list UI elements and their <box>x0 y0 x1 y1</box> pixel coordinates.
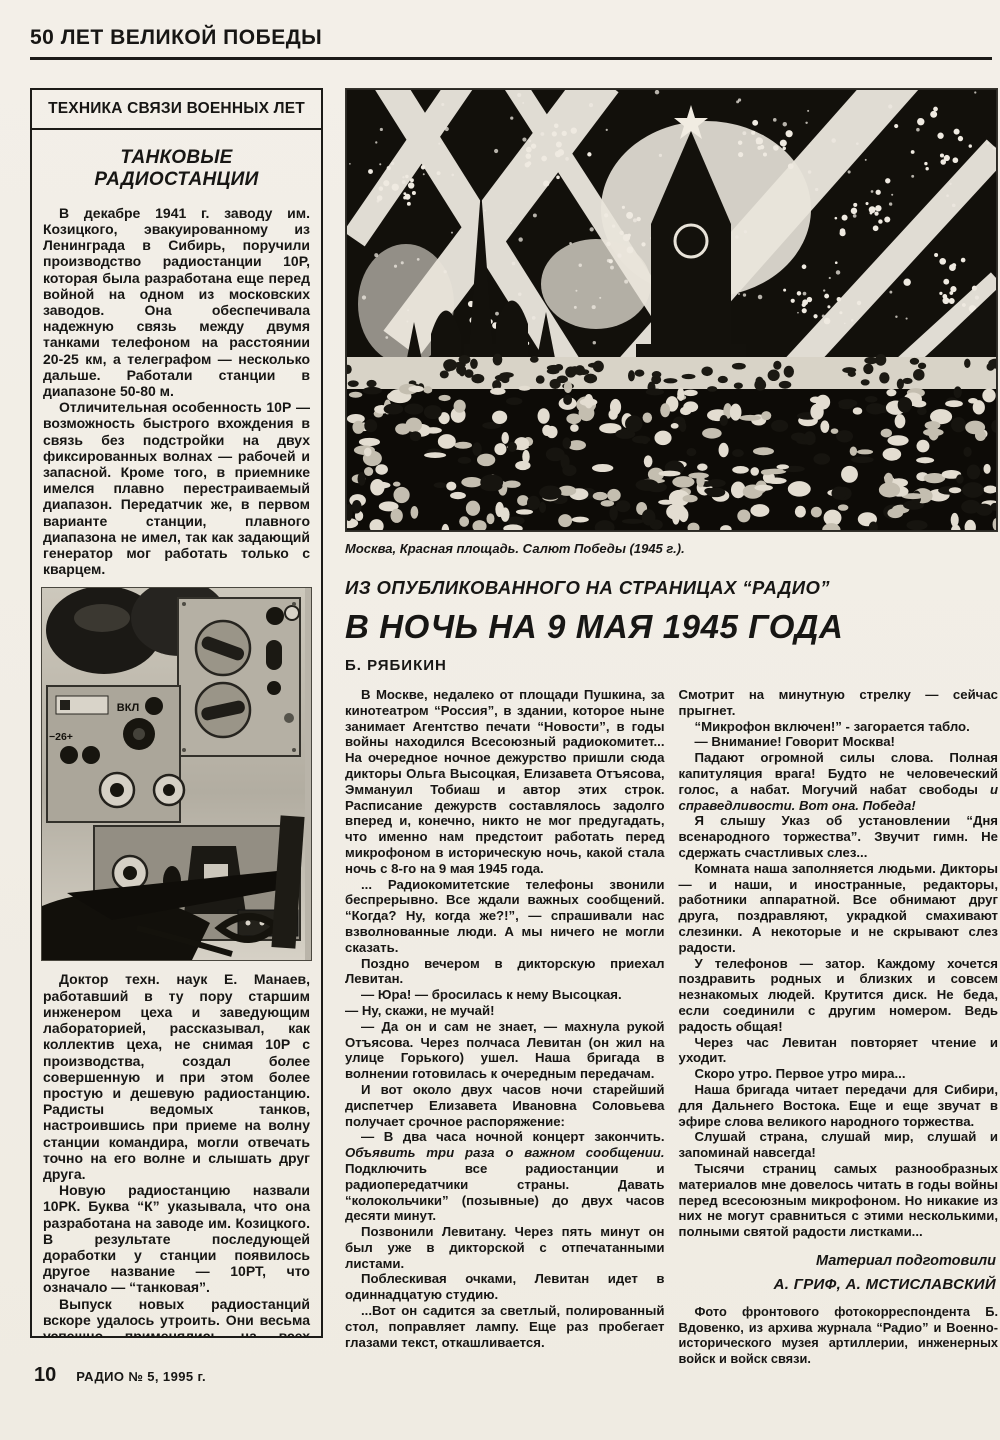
paragraph: Скоро утро. Первое утро мира... <box>679 1066 999 1082</box>
photo-caption: Москва, Красная площадь. Салют Победы (1… <box>345 541 998 556</box>
photo-credit: Фото фронтового фотокорреспондента Б. Вд… <box>679 1304 999 1365</box>
magazine-page: 50 ЛЕТ ВЕЛИКОЙ ПОБЕДЫ ТЕХНИКА СВЯЗИ ВОЕН… <box>0 0 1000 1440</box>
paragraph: У телефонов — затор. Каждому хочется поз… <box>679 956 999 1035</box>
sidebar-body: ТАНКОВЫЕ РАДИОСТАНЦИИ В декабре 1941 г. … <box>32 130 321 1338</box>
main-article: Москва, Красная площадь. Салют Победы (1… <box>345 88 998 1365</box>
paragraph: Наша бригада читает передачи для Сибири,… <box>679 1082 999 1129</box>
header-rule <box>30 57 992 60</box>
victory-salute-photo-svg <box>346 89 997 531</box>
article-kicker: ИЗ ОПУБЛИКОВАННОГО НА СТРАНИЦАХ “РАДИО” <box>345 577 998 599</box>
paragraph: Смотрит на минутную стрелку — сейчас пры… <box>679 687 999 719</box>
article-column-1: В Москве, недалеко от площади Пушкина, з… <box>345 687 665 1365</box>
issue-label: РАДИО № 5, 1995 г. <box>76 1369 206 1384</box>
paragraph: В Москве, недалеко от площади Пушкина, з… <box>345 687 665 877</box>
paragraph: И вот около двух часов ночи старейший ди… <box>345 1082 665 1129</box>
credits-names: А. ГРИФ, А. МСТИСЛАВСКИЙ <box>681 1277 997 1293</box>
paragraph: Поздно вечером в дикторскую приехал Леви… <box>345 956 665 988</box>
sidebar-title-line1: ТАНКОВЫЕ <box>120 147 232 168</box>
paragraph: — Да он и сам не знает, — махнула рукой … <box>345 1019 665 1082</box>
paragraph: Позвонили Левитану. Через пять минут он … <box>345 1224 665 1271</box>
credits-label: Материал подготовили <box>681 1254 997 1270</box>
victory-salute-photo <box>345 88 998 532</box>
paragraph: Поблескивая очками, Левитан идет в одинн… <box>345 1271 665 1303</box>
sidebar-kicker-box: ТЕХНИКА СВЯЗИ ВОЕННЫХ ЛЕТ <box>32 90 321 130</box>
page-number: 10 <box>34 1364 56 1387</box>
article-column-2: Смотрит на минутную стрелку — сейчас пры… <box>679 687 999 1365</box>
equip-label-power: −26+ <box>49 731 73 743</box>
sidebar-paragraph-1: В декабре 1941 г. заводу им. Козицкого, … <box>43 205 310 399</box>
paragraph: Я слышу Указ об установлении “Дня всенар… <box>679 813 999 860</box>
equip-label-vkl: ВКЛ <box>117 702 139 714</box>
transmitter-panel-shape: ВКЛ −26+ <box>47 686 184 822</box>
paragraph: — Юра! — бросилась к нему Высоцкая. <box>345 987 665 1003</box>
paragraph: Падают огромной силы слова. Полная капит… <box>679 750 999 813</box>
paragraph: — В два часа ночной концерт закончить. О… <box>345 1129 665 1224</box>
paragraph: ...Вот он садится за светлый, полированн… <box>345 1303 665 1350</box>
paragraph: — Ну, скажи, не мучай! <box>345 1003 665 1019</box>
sidebar-paragraph-3: Доктор техн. наук Е. Манаев, работавший … <box>43 971 310 1182</box>
paragraph: ... Радиокомитетские телефоны звонили бе… <box>345 877 665 956</box>
radio-equipment-photo: ВКЛ −26+ <box>41 587 312 961</box>
paragraph: Через час Левитан повторяет чтение и ухо… <box>679 1035 999 1067</box>
article-headline: В НОЧЬ НА 9 МАЯ 1945 ГОДА <box>345 608 998 646</box>
sidebar-title-line2: РАДИОСТАНЦИИ <box>94 169 258 190</box>
sidebar-paragraph-5: Выпуск новых радиостанций вскоре удалось… <box>43 1296 310 1338</box>
radio-equipment-photo-svg: ВКЛ −26+ <box>42 588 305 960</box>
paragraph: — Внимание! Говорит Москва! <box>679 734 999 750</box>
page-footer: 10 РАДИО № 5, 1995 г. <box>34 1364 206 1387</box>
receiver-panel-shape <box>178 598 300 756</box>
article-byline: Б. РЯБИКИН <box>345 657 998 674</box>
sidebar-title: ТАНКОВЫЕ РАДИОСТАНЦИИ <box>43 147 310 192</box>
paragraph: Тысячи страниц самых разнообразных матер… <box>679 1161 999 1240</box>
sidebar-paragraph-4: Новую радиостанцию назвали 10РК. Буква “… <box>43 1182 310 1295</box>
sidebar-article: ТЕХНИКА СВЯЗИ ВОЕННЫХ ЛЕТ ТАНКОВЫЕ РАДИО… <box>30 88 323 1338</box>
paragraph: Комната наша заполняется людьми. Дикторы… <box>679 861 999 956</box>
sidebar-paragraph-2: Отличительная особенность 10Р — возможно… <box>43 399 310 577</box>
paragraph: Слушай страна, слушай мир, слушай и запо… <box>679 1129 999 1161</box>
section-header: 50 ЛЕТ ВЕЛИКОЙ ПОБЕДЫ <box>30 26 322 50</box>
article-columns: В Москве, недалеко от площади Пушкина, з… <box>345 687 998 1365</box>
paragraph: “Микрофон включен!” - загорается табло. <box>679 719 999 735</box>
sidebar-kicker: ТЕХНИКА СВЯЗИ ВОЕННЫХ ЛЕТ <box>48 100 305 117</box>
